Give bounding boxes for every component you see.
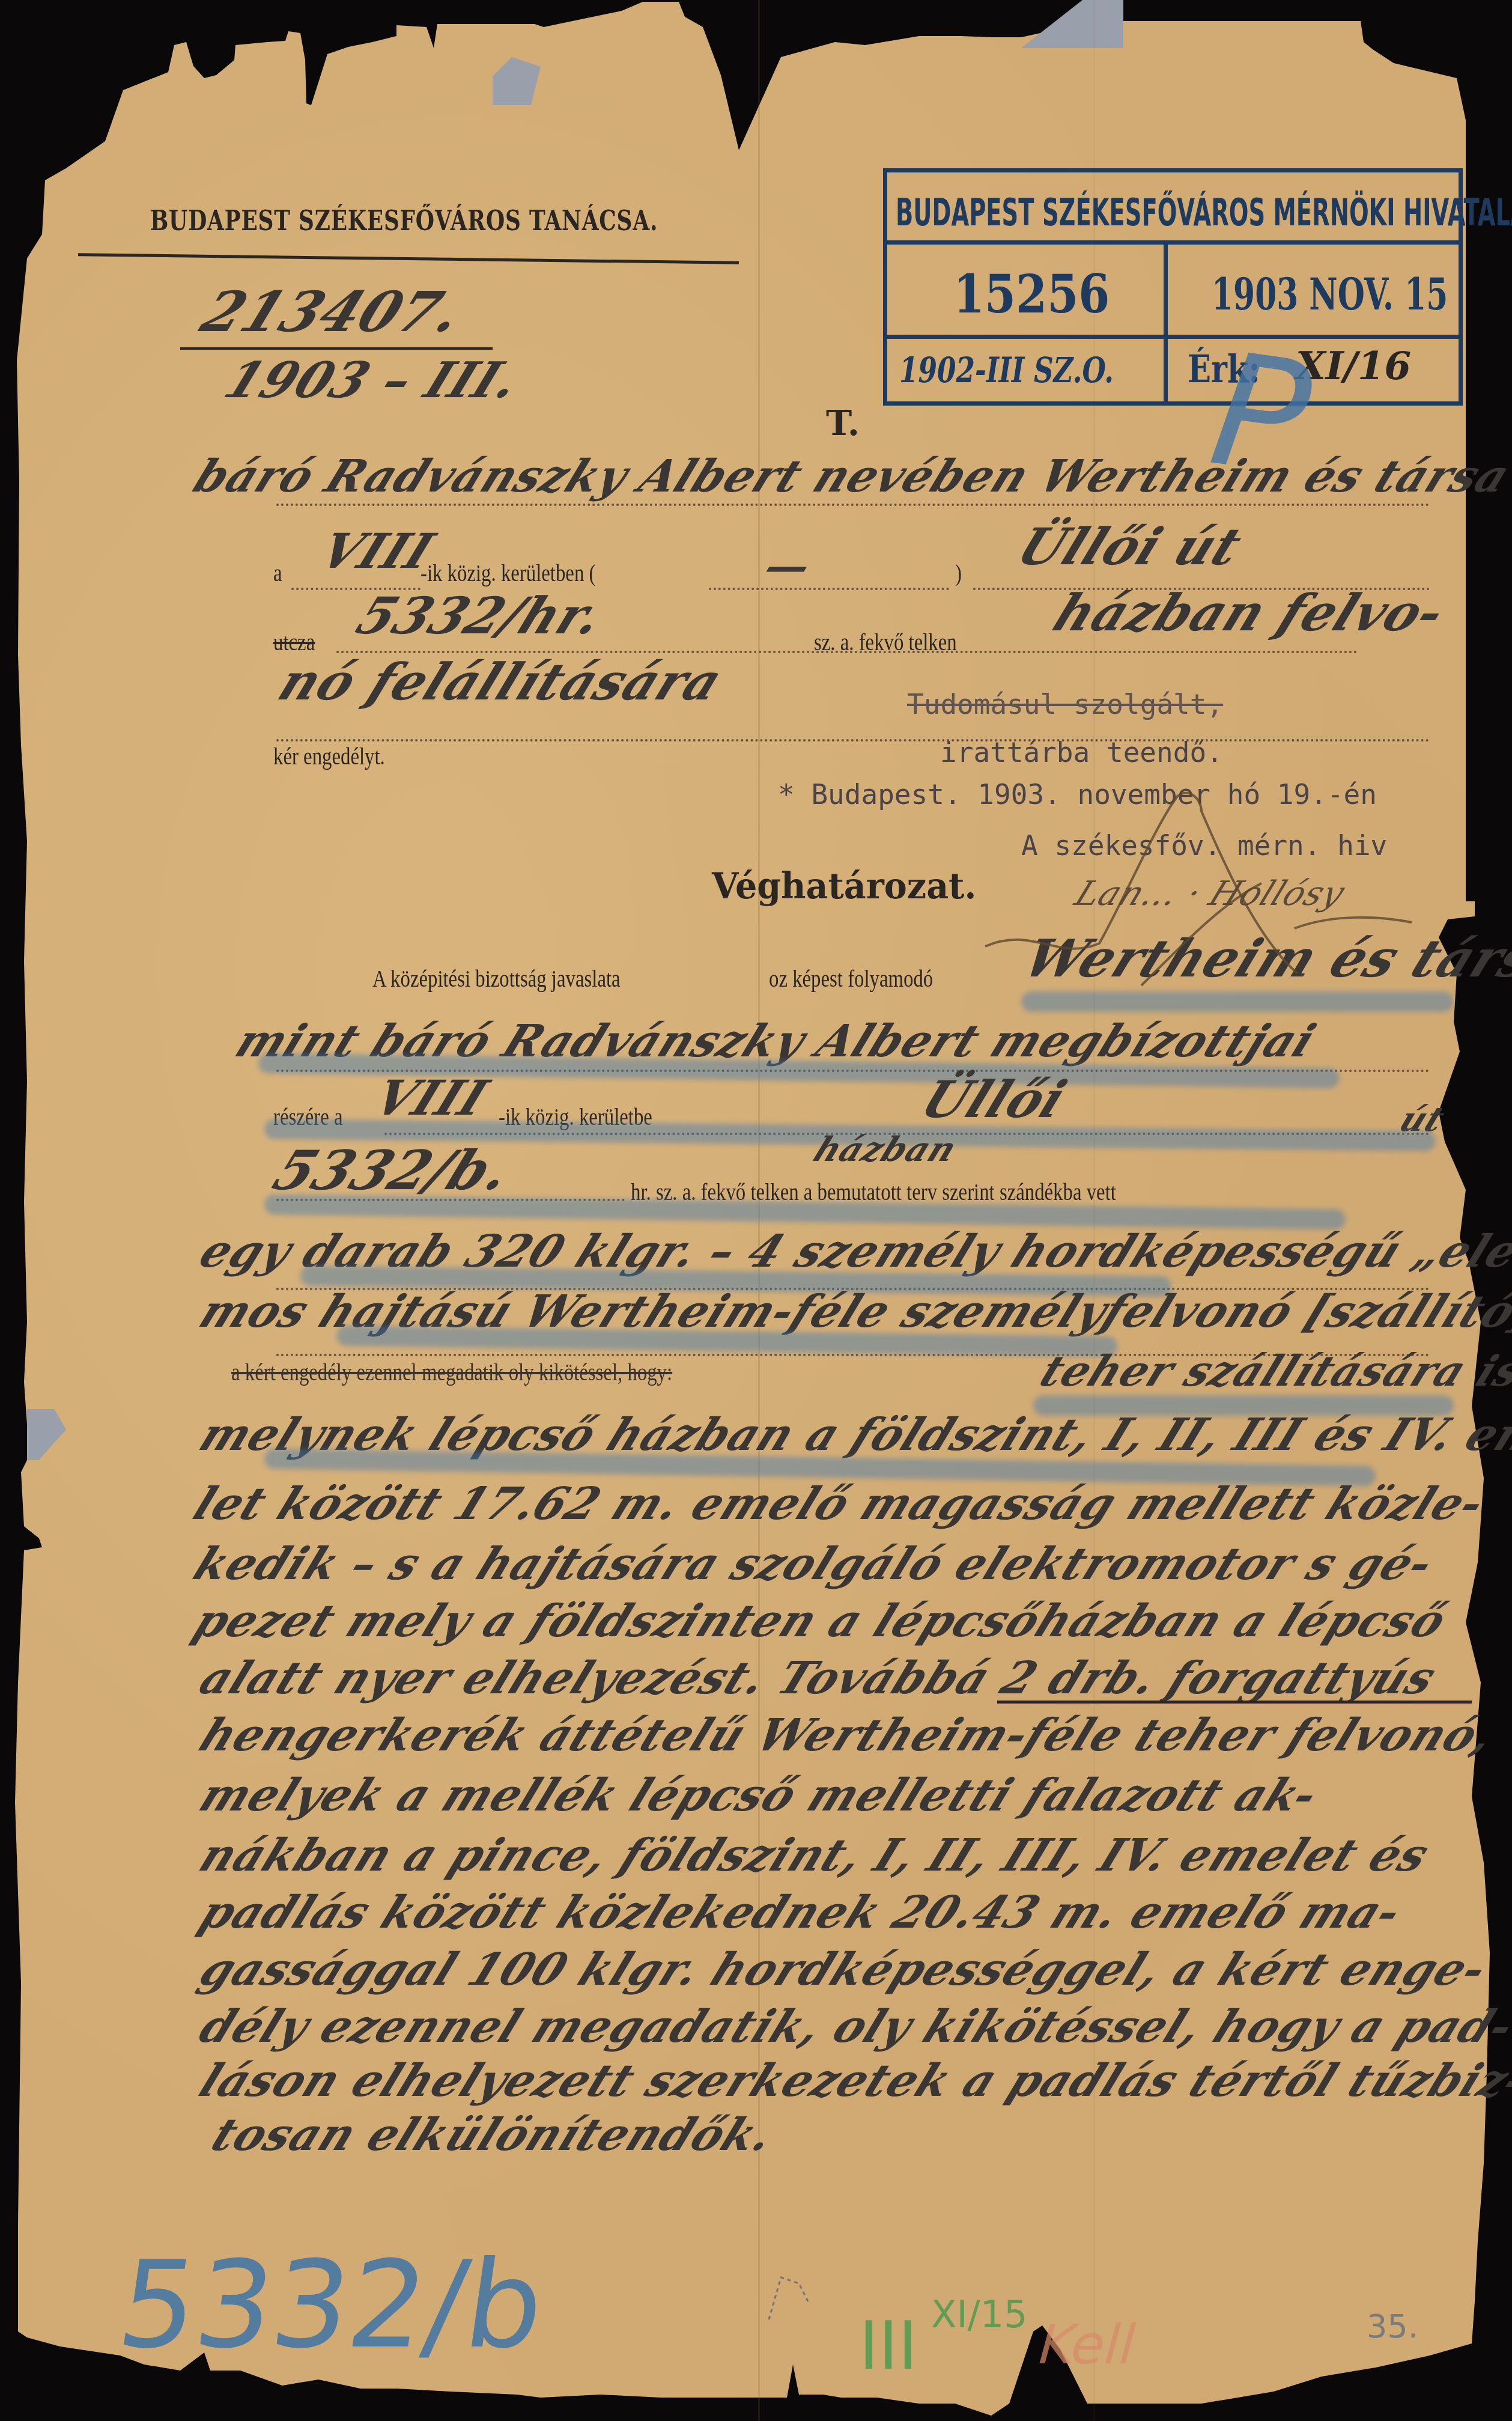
decision-street-value: Üllői [913, 1070, 1075, 1129]
file-number: 213407. [192, 279, 473, 344]
purpose-cont: nó felállítására [270, 652, 732, 711]
stamp-office-name: BUDAPEST SZÉKESFŐVÁROS MÉRNÖKI HIVATALA [896, 190, 1512, 234]
body-line: dély ezennel megadatik, oly kikötéssel, … [192, 2001, 1512, 2053]
stamp-reference: 1902-III SZ.O. [899, 350, 1114, 391]
office-note-line2: irattárba teendő. [940, 736, 1223, 769]
body-line: teher szállítására is, [1033, 1346, 1512, 1396]
office-note-date: * Budapest. 1903. november hó 19.-én [778, 778, 1377, 811]
form-letter: T. [826, 403, 860, 443]
decision-heading: Véghatározat. [712, 865, 976, 907]
office-note-line1: Tudomásul szolgált, [907, 688, 1223, 720]
form-dotted-line [709, 588, 949, 590]
body-line: let között 17.62 m. emelő magasság melle… [186, 1478, 1492, 1530]
body-line: alatt nyer elhelyezést. Továbbá 2 drb. f… [192, 1652, 1444, 1704]
district-label: -ik közig. kerületben ( [421, 559, 595, 587]
office-note-signatures: Lan… · Hollósy [1069, 874, 1351, 913]
decision-conditions-label: a kért engedély ezennel megadatik oly ki… [231, 1358, 672, 1386]
decision-applicant-name: Wertheim és társa [1015, 928, 1512, 989]
decision-lot-value: 5332/b. [264, 1139, 521, 1202]
stamp-divider [887, 335, 1459, 339]
body-line: gassággal 100 klgr. hordképességgel, a k… [192, 1944, 1495, 1996]
office-note-signature-office: A székesfőv. mérn. hiv [1021, 829, 1387, 862]
form-dotted-line [276, 739, 1430, 742]
body-line: padlás között közlekednek 20.43 m. emelő… [192, 1887, 1409, 1938]
applicant-line: báró Radvánszky Albert nevében Wertheim … [186, 451, 1512, 502]
decision-house-word: házban [808, 1130, 963, 1169]
blue-pencil-number: 5332/b [111, 2235, 553, 2375]
stamp-date: 1903 NOV. 15 [1212, 269, 1448, 320]
body-line: láson elhelyezett szerkezetek a padlás t… [192, 2055, 1512, 2107]
green-pencil-date: XI/15 [931, 2292, 1028, 2336]
street-value: Üllői út [1009, 517, 1251, 576]
decision-intro: A középitési bizottság javaslata [372, 964, 621, 993]
purpose-right: házban felvo- [1045, 583, 1454, 642]
tear-backing [1021, 0, 1123, 48]
red-pencil-note: Kell [1031, 2313, 1144, 2377]
issuer-title: BUDAPEST SZÉKESFŐVÁROS TANÁCSA. [150, 204, 658, 237]
body-line: melyek a mellék lépcső melletti falazott… [192, 1770, 1326, 1821]
green-pencil-roman: III [859, 2307, 917, 2384]
blue-underline [1021, 991, 1454, 1012]
body-line: hengerkerék áttételű Wertheim-féle teher… [192, 1710, 1502, 1761]
body-line: tosan elkülönítendők. [204, 2109, 782, 2161]
body-line: nákban a pince, földszint, I, II, III, I… [192, 1830, 1437, 1881]
decision-intro-cont: oz képest folyamodó [769, 964, 933, 993]
engineering-office-stamp: BUDAPEST SZÉKESFŐVÁROS MÉRNÖKI HIVATALA … [883, 168, 1463, 406]
body-line: kedik – s a hajtására szolgáló elektromo… [186, 1538, 1441, 1590]
file-year: 1903 – III. [216, 352, 529, 409]
form-dotted-line [276, 504, 1430, 506]
stamp-divider [887, 240, 1459, 245]
underline-mark [997, 1701, 1472, 1704]
stamp-divider-vertical [1164, 240, 1168, 406]
page-number: 35. [1367, 2307, 1418, 2345]
district-paren-close: ) [955, 559, 962, 587]
file-number-underline [180, 347, 493, 350]
district-prefix: a [273, 559, 282, 587]
decision-district-value: VIII [366, 1070, 496, 1126]
lot-label: sz. a. fekvő telken [814, 628, 957, 656]
body-line: pezet mely a földszinten a lépcsőházban … [186, 1595, 1454, 1647]
lot-value: 5332/hr. [348, 586, 612, 645]
request-text: kér engedélyt. [273, 742, 385, 770]
stamp-number: 15256 [953, 263, 1110, 325]
